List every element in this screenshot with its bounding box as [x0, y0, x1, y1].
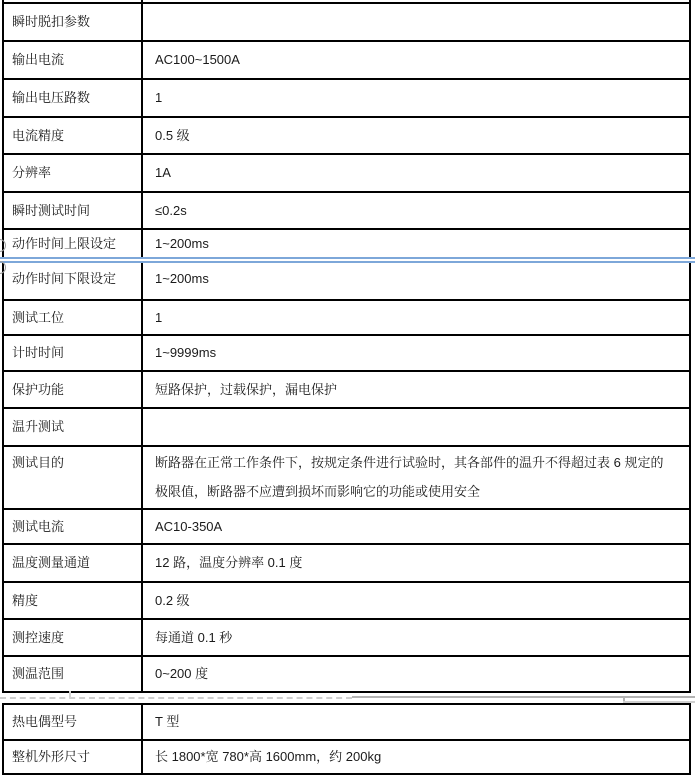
spec-value	[142, 3, 690, 41]
table-row: 测试目的 断路器在正常工作条件下，按规定条件进行试验时，其各部件的温升不得超过表…	[3, 446, 690, 509]
table-row: 精度 0.2 级	[3, 582, 690, 619]
spec-value: 每通道 0.1 秒	[142, 619, 690, 656]
spec-value: 12 路，温度分辨率 0.1 度	[142, 544, 690, 582]
spec-label: 输出电流	[3, 41, 142, 79]
table-row: 测控速度 每通道 0.1 秒	[3, 619, 690, 656]
spec-label: 计时时间	[3, 335, 142, 371]
spec-value: 1~9999ms	[142, 335, 690, 371]
table-gap-solid-line	[352, 696, 695, 698]
document-page: 瞬时脱扣参数 输出电流 AC100~1500A 输出电压路数 1 电流精度 0.…	[0, 0, 695, 779]
spec-value: T 型	[142, 704, 690, 740]
table-row: 瞬时测试时间 ≤0.2s	[3, 192, 690, 229]
spec-value: 0.5 级	[142, 117, 690, 154]
spec-value: AC100~1500A	[142, 41, 690, 79]
spec-value: 0.2 级	[142, 582, 690, 619]
spec-value: 断路器在正常工作条件下，按规定条件进行试验时，其各部件的温升不得超过表 6 规定…	[142, 446, 690, 509]
table-row: 分辨率 1A	[3, 154, 690, 192]
spec-label: 瞬时测试时间	[3, 192, 142, 229]
spec-label: 分辨率	[3, 154, 142, 192]
spec-value: AC10-350A	[142, 509, 690, 544]
spec-label: 温度测量通道	[3, 544, 142, 582]
spec-value: 1	[142, 79, 690, 117]
table-row: 动作时间下限设定 1~200ms	[3, 258, 690, 300]
table-row: 瞬时脱扣参数	[3, 3, 690, 41]
spec-label: 测试电流	[3, 509, 142, 544]
spec-value: 1A	[142, 154, 690, 192]
table-gap-dashed-line	[0, 697, 352, 699]
spec-label: 热电偶型号	[3, 704, 142, 740]
spec-value: 短路保护，过载保护，漏电保护	[142, 371, 690, 408]
spec-value: 1	[142, 300, 690, 335]
spec-label: 精度	[3, 582, 142, 619]
spec-value: 1~200ms	[142, 229, 690, 258]
table-row: 测试电流 AC10-350A	[3, 509, 690, 544]
table-row: 测温范围 0~200 度	[3, 656, 690, 692]
spec-label: 整机外形尺寸	[3, 740, 142, 774]
spec-label: 测温范围	[3, 656, 142, 692]
spec-value: 长 1800*宽 780*高 1600mm，约 200kg	[142, 740, 690, 774]
table-row: 热电偶型号 T 型	[3, 704, 690, 740]
table-row: 电流精度 0.5 级	[3, 117, 690, 154]
spec-label: 动作时间下限设定	[3, 258, 142, 300]
spec-label: 输出电压路数	[3, 79, 142, 117]
spec-table-main: 瞬时脱扣参数 输出电流 AC100~1500A 输出电压路数 1 电流精度 0.…	[2, 0, 691, 693]
spec-table-footer: 热电偶型号 T 型 整机外形尺寸 长 1800*宽 780*高 1600mm，约…	[2, 703, 691, 775]
table-gap-tick	[69, 691, 71, 698]
table-row: 计时时间 1~9999ms	[3, 335, 690, 371]
spec-value: 0~200 度	[142, 656, 690, 692]
spec-label: 温升测试	[3, 408, 142, 446]
spec-value: 1~200ms	[142, 258, 690, 300]
spec-label: 动作时间上限设定	[3, 229, 142, 258]
spec-label: 测试工位	[3, 300, 142, 335]
spec-value	[142, 408, 690, 446]
page-break-line	[0, 257, 695, 263]
table-row: 动作时间上限设定 1~200ms	[3, 229, 690, 258]
table-row: 整机外形尺寸 长 1800*宽 780*高 1600mm，约 200kg	[3, 740, 690, 774]
table-row: 保护功能 短路保护，过载保护，漏电保护	[3, 371, 690, 408]
table-row: 温升测试	[3, 408, 690, 446]
spec-label: 测试目的	[3, 446, 142, 509]
table-row: 温度测量通道 12 路，温度分辨率 0.1 度	[3, 544, 690, 582]
table-row: 测试工位 1	[3, 300, 690, 335]
spec-label: 保护功能	[3, 371, 142, 408]
table-row: 输出电流 AC100~1500A	[3, 41, 690, 79]
spec-label: 瞬时脱扣参数	[3, 3, 142, 41]
spec-value: ≤0.2s	[142, 192, 690, 229]
spec-label: 测控速度	[3, 619, 142, 656]
table-row: 输出电压路数 1	[3, 79, 690, 117]
spec-label: 电流精度	[3, 117, 142, 154]
